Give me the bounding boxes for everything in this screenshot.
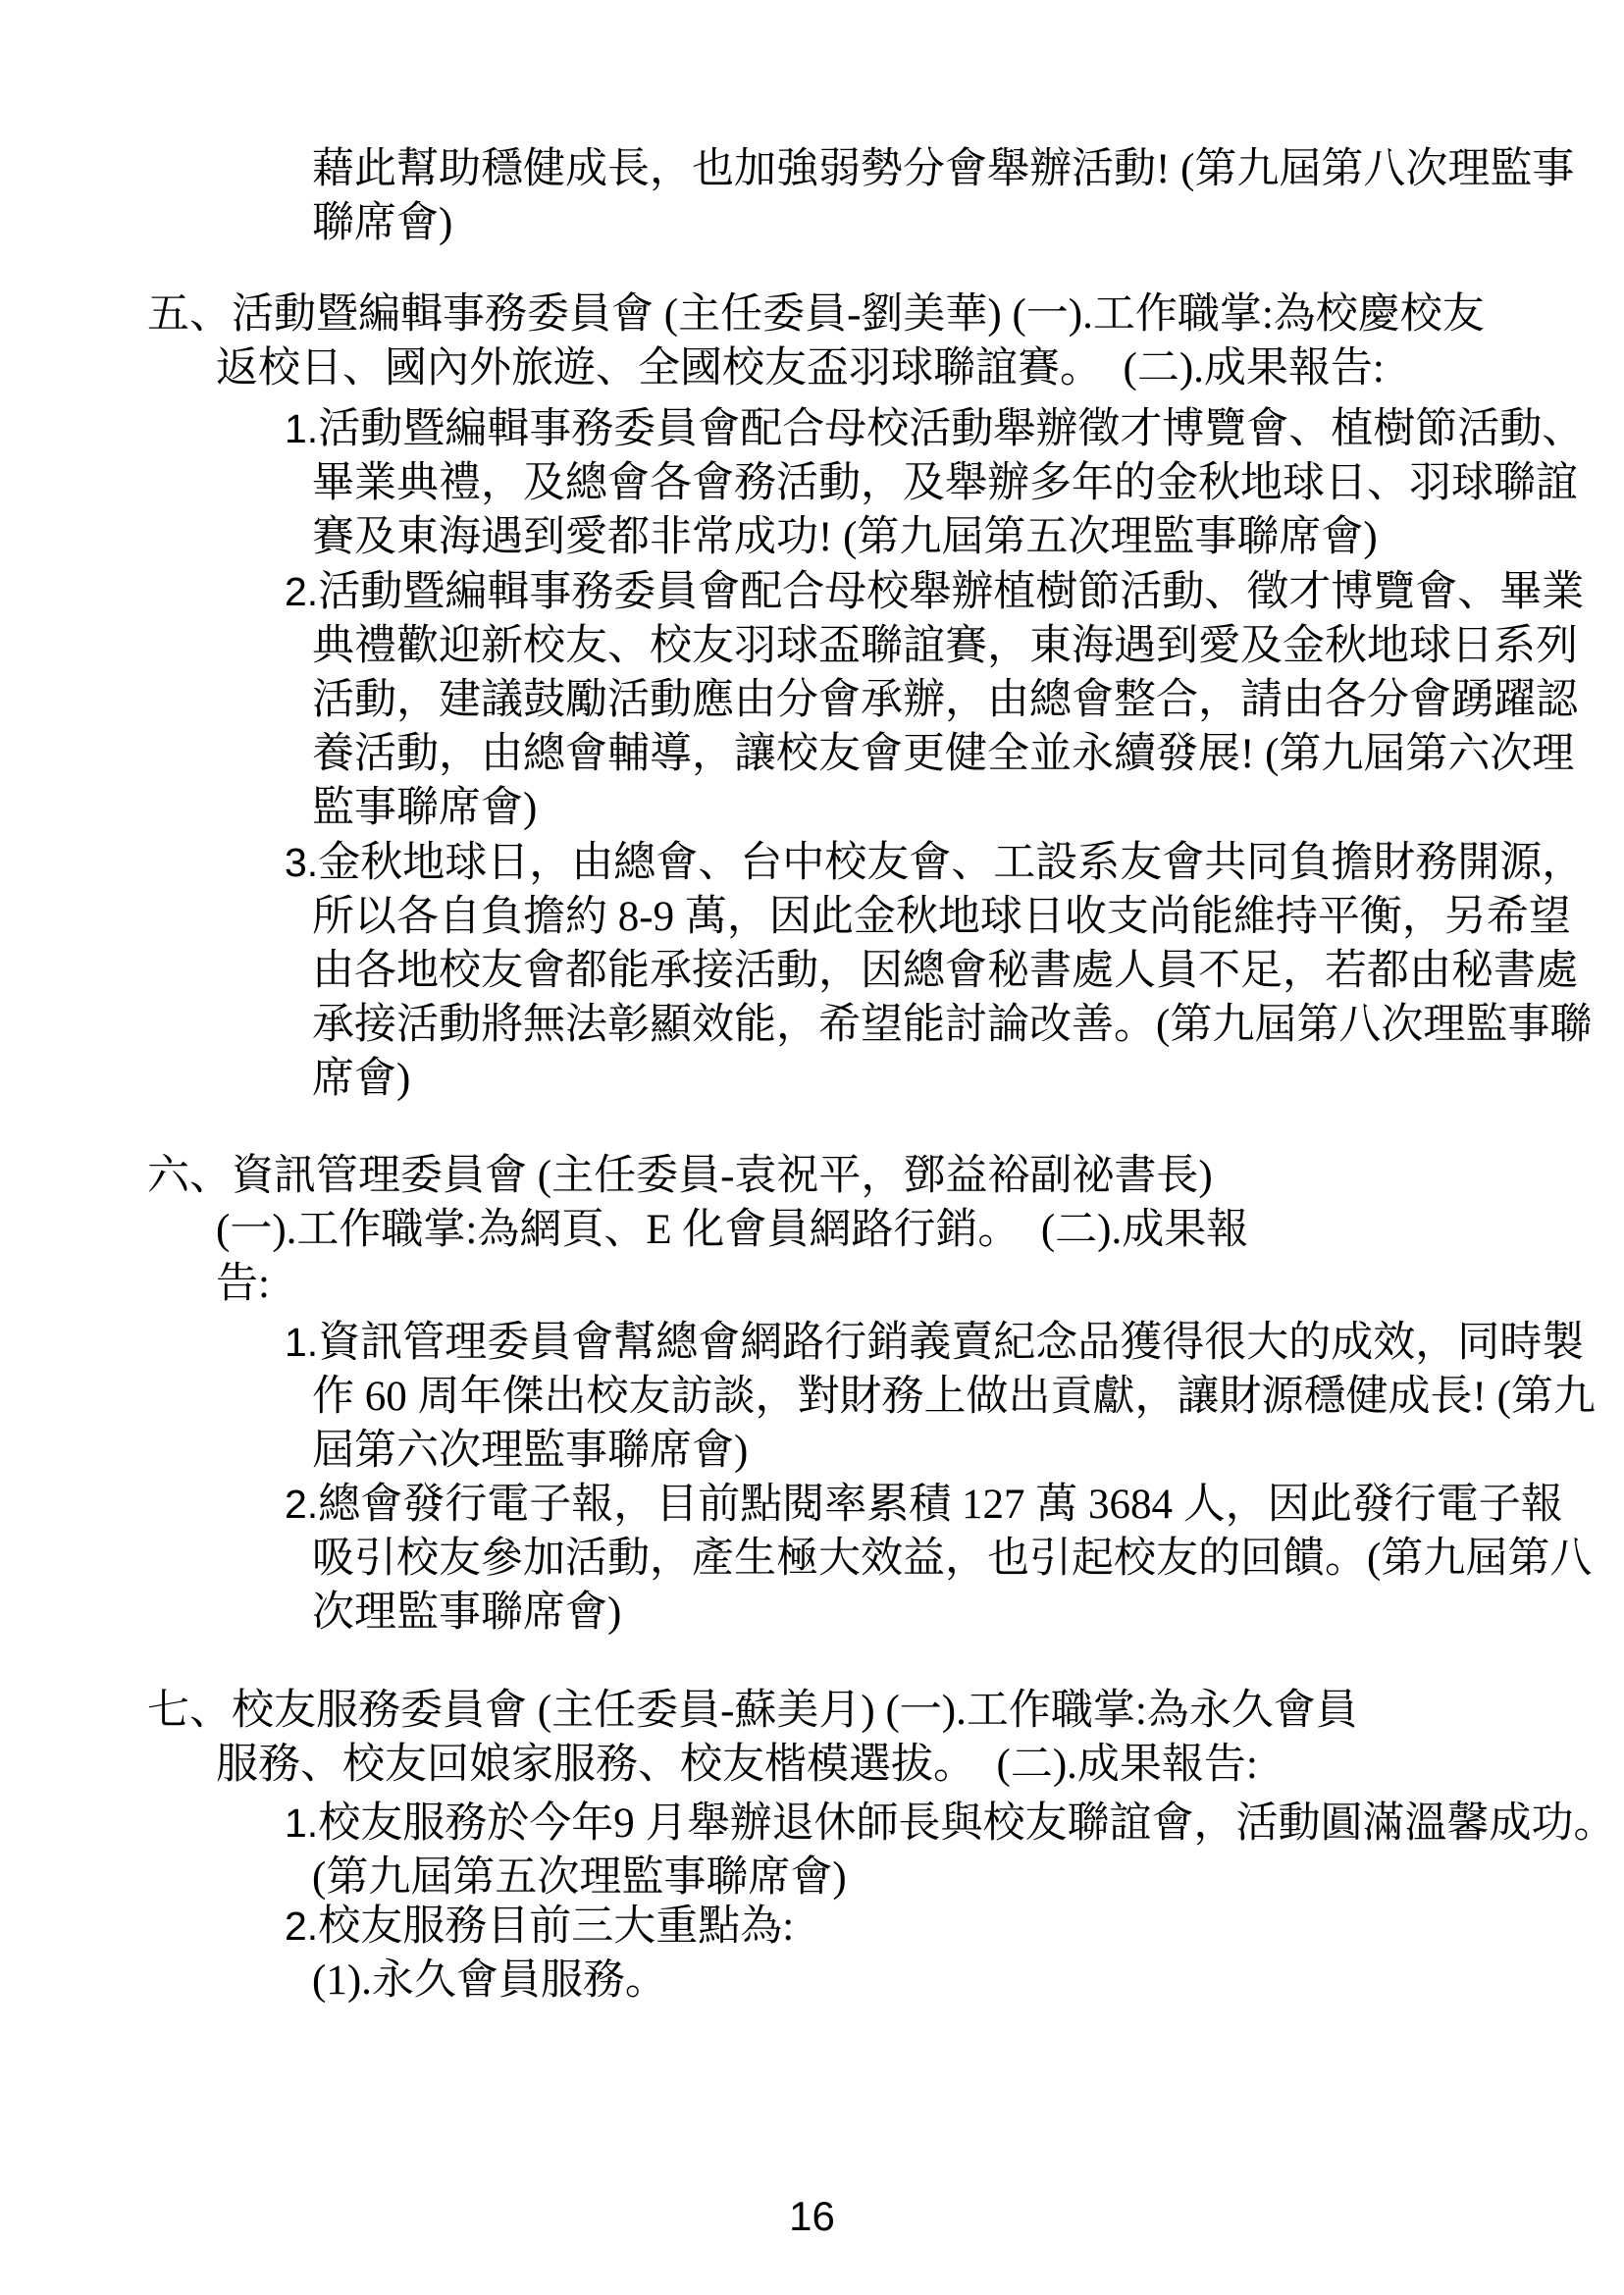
section-heading-5: 五、活動暨編輯事務委員會 (主任委員-劉美華) (一).工作職掌:為校慶校友 返… — [0, 287, 1624, 395]
list-item-first-line: 2.總會發行電子報，目前點閱率累積 127 萬 3684 人，因此發行電子報 — [0, 1478, 1624, 1532]
list-marker: 2. — [285, 1478, 318, 1532]
section-heading-line: (一).工作職掌:為網頁、E 化會員網路行銷。 (二).成果報 — [0, 1203, 1624, 1257]
text-line: 活動，建議鼓勵活動應由分會承辦，由總會整合，請由各分會踴躍認 — [0, 673, 1624, 727]
section-heading-line: 服務、校友回娘家服務、校友楷模選拔。 (二).成果報告: — [0, 1738, 1624, 1792]
list-marker: 2. — [285, 565, 318, 619]
text-line: 金秋地球日，由總會、台中校友會、工設系友會共同負擔財務開源， — [318, 840, 1584, 886]
text-line: 作 60 周年傑出校友訪談，對財務上做出貢獻，讓財源穩健成長! (第九 — [0, 1370, 1624, 1424]
list-item-7-1: 1.校友服務於今年9 月舉辦退休師長與校友聯誼會，活動圓滿溫馨成功。 (第九屆第… — [0, 1797, 1624, 1904]
text-line: (第九屆第五次理監事聯席會) — [0, 1851, 1624, 1904]
text-line: 由各地校友會都能承接活動，因總會秘書處人員不足，若都由秘書處 — [0, 944, 1624, 998]
section-heading-line: 告: — [0, 1257, 1624, 1311]
list-item-first-line: 1.校友服務於今年9 月舉辦退休師長與校友聯誼會，活動圓滿溫馨成功。 — [0, 1797, 1624, 1851]
text-line: 監事聯席會) — [0, 781, 1624, 835]
text-line: 校友服務目前三大重點為: — [318, 1904, 794, 1950]
list-item-7-2: 2.校友服務目前三大重點為: (1).永久會員服務。 — [0, 1900, 1624, 2008]
text-line: 賽及東海遇到愛都非常成功! (第九屆第五次理監事聯席會) — [0, 510, 1624, 564]
list-marker: 1. — [285, 1797, 318, 1851]
text-line: 屆第六次理監事聯席會) — [0, 1424, 1624, 1478]
list-item-first-line: 3.金秋地球日，由總會、台中校友會、工設系友會共同負擔財務開源， — [0, 836, 1624, 890]
list-marker: 2. — [285, 1900, 318, 1954]
section-heading-6: 六、資訊管理委員會 (主任委員-袁祝平，鄧益裕副祕書長) (一).工作職掌:為網… — [0, 1149, 1624, 1311]
list-marker: 1. — [285, 402, 318, 456]
section-heading-line: 七、校友服務委員會 (主任委員-蘇美月) (一).工作職掌:為永久會員 — [0, 1684, 1624, 1738]
list-item-first-line: 2.活動暨編輯事務委員會配合母校舉辦植樹節活動、徵才博覽會、畢業 — [0, 565, 1624, 619]
list-item-first-line: 1.資訊管理委員會幫總會網路行銷義賣紀念品獲得很大的成效，同時製 — [0, 1316, 1624, 1370]
text-line: 養活動，由總會輔導，讓校友會更健全並永續發展! (第九屆第六次理 — [0, 727, 1624, 781]
text-line: 活動暨編輯事務委員會配合母校舉辦植樹節活動、徵才博覽會、畢業 — [318, 569, 1584, 615]
text-line: 畢業典禮，及總會各會務活動，及舉辦多年的金秋地球日、羽球聯誼 — [0, 456, 1624, 510]
text-line: 典禮歡迎新校友、校友羽球盃聯誼賽，東海遇到愛及金秋地球日系列 — [0, 619, 1624, 673]
text-line: 所以各自負擔約 8-9 萬，因此金秋地球日收支尚能維持平衡，另希望 — [0, 890, 1624, 944]
text-line: 次理監事聯席會) — [0, 1586, 1624, 1640]
text-line: 活動暨編輯事務委員會配合母校活動舉辦徵才博覽會、植樹節活動、 — [318, 406, 1584, 452]
list-item-5-1: 1.活動暨編輯事務委員會配合母校活動舉辦徵才博覽會、植樹節活動、 畢業典禮，及總… — [0, 402, 1624, 564]
text-line: (1).永久會員服務。 — [0, 1954, 1624, 2008]
paragraph-continuation: 藉此幫助穩健成長，也加強弱勢分會舉辦活動! (第九屆第八次理監事 聯席會) — [0, 142, 1624, 250]
list-marker: 3. — [285, 836, 318, 890]
section-heading-line: 六、資訊管理委員會 (主任委員-袁祝平，鄧益裕副祕書長) — [0, 1149, 1624, 1203]
text-line: 聯席會) — [0, 196, 1624, 250]
list-item-6-1: 1.資訊管理委員會幫總會網路行銷義賣紀念品獲得很大的成效，同時製 作 60 周年… — [0, 1316, 1624, 1478]
list-item-5-2: 2.活動暨編輯事務委員會配合母校舉辦植樹節活動、徵才博覽會、畢業 典禮歡迎新校友… — [0, 565, 1624, 835]
section-heading-line: 五、活動暨編輯事務委員會 (主任委員-劉美華) (一).工作職掌:為校慶校友 — [0, 287, 1624, 341]
list-item-first-line: 2.校友服務目前三大重點為: — [0, 1900, 1624, 1954]
list-item-first-line: 1.活動暨編輯事務委員會配合母校活動舉辦徵才博覽會、植樹節活動、 — [0, 402, 1624, 456]
text-line: 藉此幫助穩健成長，也加強弱勢分會舉辦活動! (第九屆第八次理監事 — [0, 142, 1624, 196]
text-line: 校友服務於今年9 月舉辦退休師長與校友聯誼會，活動圓滿溫馨成功。 — [318, 1800, 1615, 1847]
text-line: 總會發行電子報，目前點閱率累積 127 萬 3684 人，因此發行電子報 — [318, 1482, 1563, 1528]
text-line: 席會) — [0, 1052, 1624, 1106]
list-marker: 1. — [285, 1316, 318, 1370]
list-item-5-3: 3.金秋地球日，由總會、台中校友會、工設系友會共同負擔財務開源， 所以各自負擔約… — [0, 836, 1624, 1106]
list-item-6-2: 2.總會發行電子報，目前點閱率累積 127 萬 3684 人，因此發行電子報 吸… — [0, 1478, 1624, 1640]
page-number: 16 — [0, 2189, 1624, 2243]
text-line: 承接活動將無法彰顯效能，希望能討論改善。(第九屆第八次理監事聯 — [0, 998, 1624, 1052]
section-heading-7: 七、校友服務委員會 (主任委員-蘇美月) (一).工作職掌:為永久會員 服務、校… — [0, 1684, 1624, 1792]
text-line: 資訊管理委員會幫總會網路行銷義賣紀念品獲得很大的成效，同時製 — [318, 1320, 1584, 1366]
document-page: 藉此幫助穩健成長，也加強弱勢分會舉辦活動! (第九屆第八次理監事 聯席會) 五、… — [0, 0, 1624, 2295]
text-line: 吸引校友參加活動，產生極大效益，也引起校友的回饋。(第九屆第八 — [0, 1532, 1624, 1586]
section-heading-line: 返校日、國內外旅遊、全國校友盃羽球聯誼賽。 (二).成果報告: — [0, 341, 1624, 395]
